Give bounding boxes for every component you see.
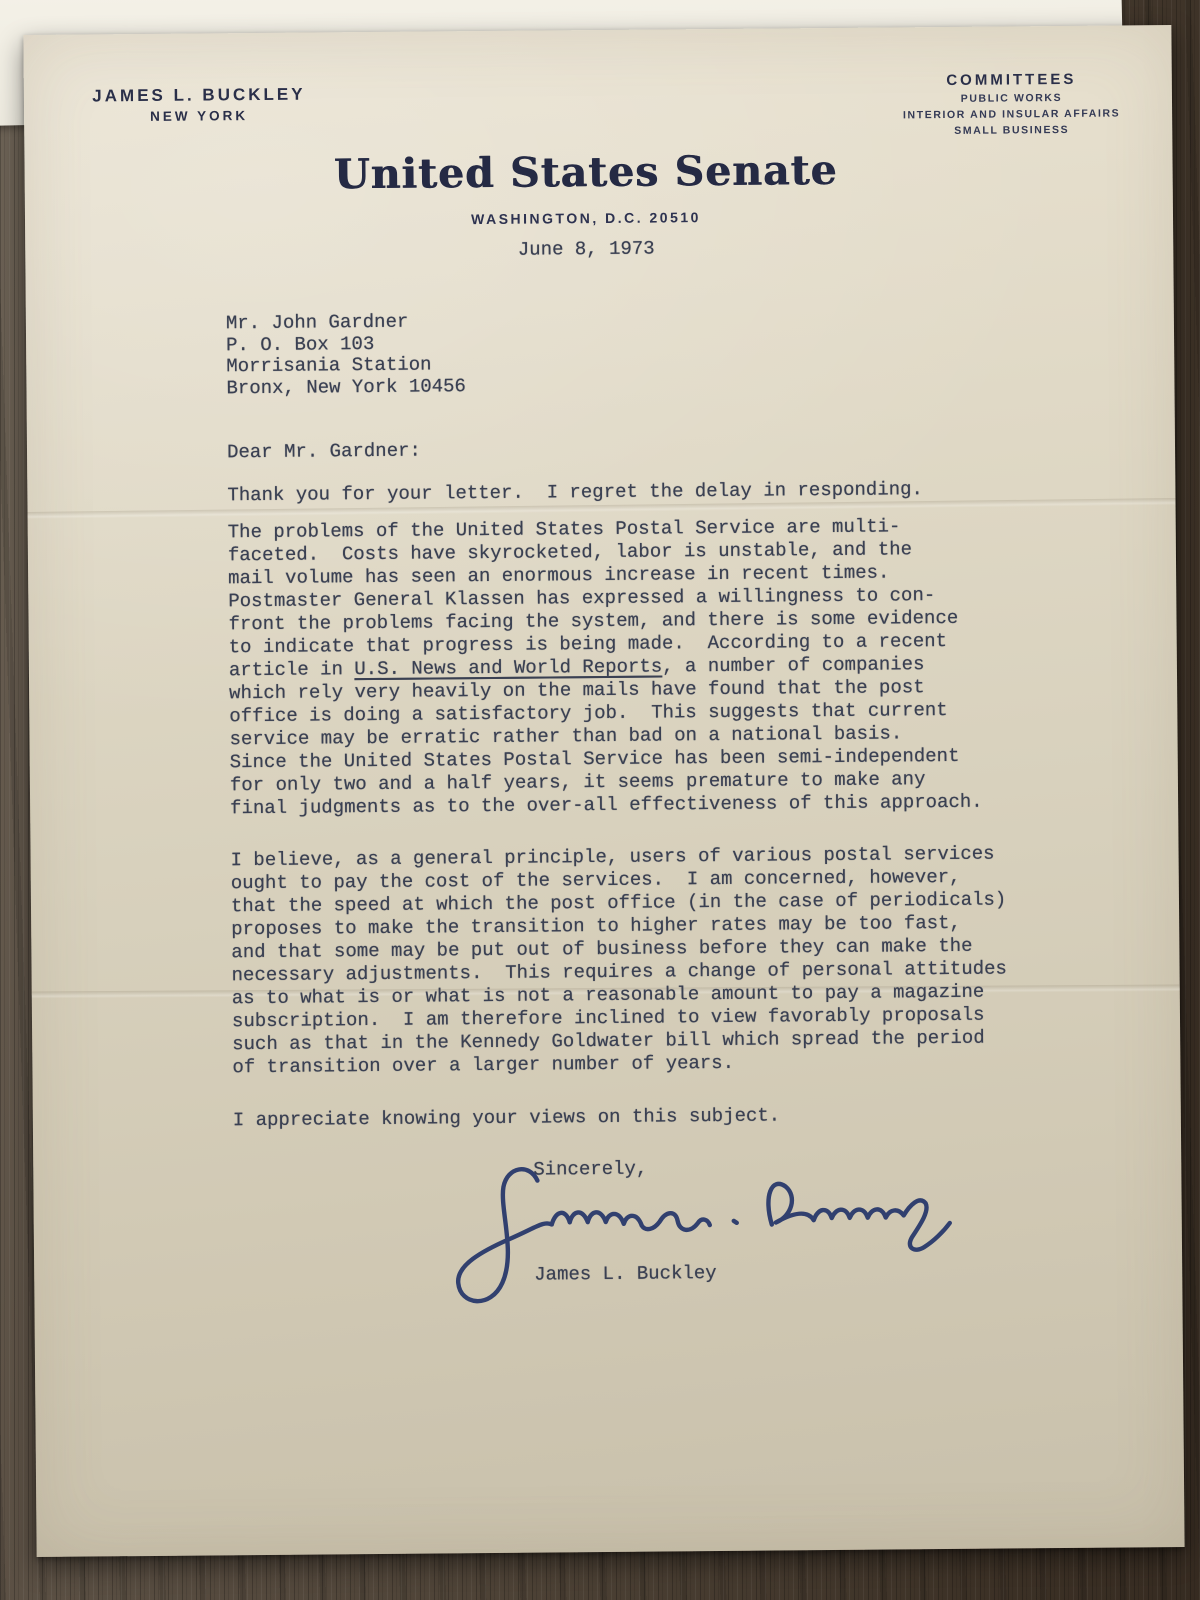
paragraph-3: I believe, as a general principle, users… xyxy=(230,842,1062,1079)
paragraph-2: The problems of the United States Postal… xyxy=(228,514,1061,820)
sender-name: JAMES L. BUCKLEY xyxy=(79,84,319,106)
paragraph-4: I appreciate knowing your views on this … xyxy=(233,1102,1063,1132)
letterhead-sender-block: JAMES L. BUCKLEY NEW YORK xyxy=(79,84,319,124)
recipient-line: Mr. John Gardner xyxy=(226,311,409,335)
committee-item: INTERIOR AND INSULAR AFFAIRS xyxy=(869,107,1154,121)
salutation: Dear Mr. Gardner: xyxy=(227,440,421,465)
recipient-line: Bronx, New York 10456 xyxy=(226,375,466,399)
committee-item: SMALL BUSINESS xyxy=(869,123,1154,137)
letterhead-committees-block: COMMITTEES PUBLIC WORKS INTERIOR AND INS… xyxy=(869,70,1155,137)
committees-title: COMMITTEES xyxy=(869,70,1154,89)
sender-state: NEW YORK xyxy=(79,107,319,124)
letter-date: June 8, 1973 xyxy=(25,233,1173,266)
recipient-line: P. O. Box 103 xyxy=(226,333,374,356)
handwritten-signature-icon xyxy=(441,1153,987,1323)
typed-signature-name: James L. Buckley xyxy=(534,1262,717,1287)
committee-item: PUBLIC WORKS xyxy=(869,91,1154,105)
recipient-address-block: Mr. John Gardner P. O. Box 103 Morrisani… xyxy=(226,311,466,400)
recipient-line: Morrisania Station xyxy=(226,354,431,378)
underlined-publication-title: U.S. News and World Reports xyxy=(354,655,662,680)
letter-page: JAMES L. BUCKLEY NEW YORK COMMITTEES PUB… xyxy=(23,25,1184,1557)
paragraph-1: Thank you for your letter. I regret the … xyxy=(227,477,1057,507)
senate-letterhead-title: United States Senate xyxy=(24,143,1172,201)
senate-letterhead-address: WASHINGTON, D.C. 20510 xyxy=(25,205,1173,231)
